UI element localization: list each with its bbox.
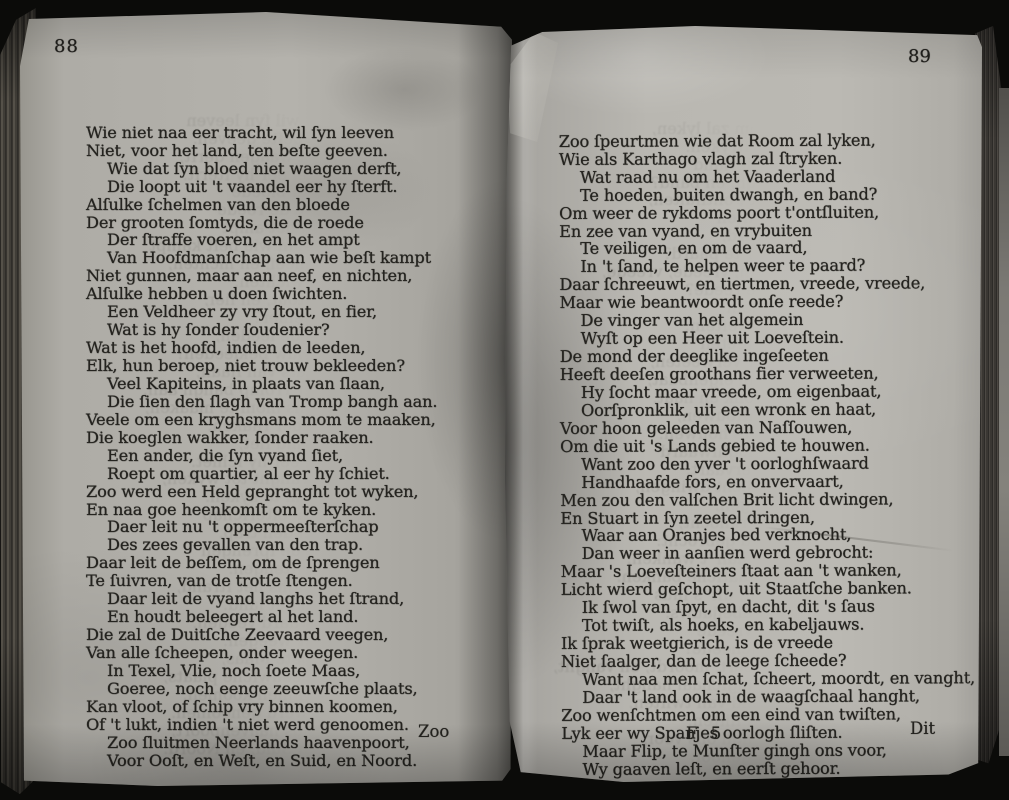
- poem-line: Dan weer in aanſien werd gebrocht:: [561, 543, 991, 563]
- poem-line: Veel Kapiteins, in plaats van ſlaan,: [86, 375, 516, 393]
- poem-line: Die ſien den ſlagh van Tromp bangh aan.: [86, 393, 516, 411]
- poem-line: Wy gaaven leſt, en eerſt gehoor.: [561, 759, 991, 779]
- poem-line: Die koeglen wakker, ſonder raaken.: [86, 429, 516, 447]
- poem-line: Daer leit nu 't oppermeeſterſchap: [86, 518, 516, 536]
- poem-line: Ik ſwol van ſpyt, en dacht, dit 's ſaus: [561, 597, 991, 617]
- poem-line: Wat is hy ſonder ſoudenier?: [86, 321, 516, 339]
- poem-line: Daar ſchreeuwt, en tiertmen, vreede, vre…: [559, 274, 989, 294]
- poem-line: Heeft deeſen groothans fier verweeten,: [560, 364, 990, 384]
- poem-line: Daar leit de vyand langhs het ſtrand,: [86, 590, 516, 608]
- poem-line: De mond der deeglike ingeſeeten: [560, 346, 990, 366]
- poem-line: Maar wie beantwoordt onſe reede?: [559, 292, 989, 312]
- poem-line: Een ander, die ſyn vyand ſiet,: [86, 447, 516, 465]
- poem-line: Zoo ſluitmen Neerlands haavenpoort,: [86, 734, 516, 752]
- poem-line: Hy ſocht maar vreede, om eigenbaat,: [560, 382, 990, 402]
- poem-line: Van alle ſcheepen, onder weegen.: [86, 644, 516, 662]
- left-page: 88 Wie niet naa eer tracht, wil ſyn leev…: [20, 12, 512, 786]
- poem-line: En houdt beleegert al het land.: [86, 608, 516, 626]
- poem-line: Die loopt uit 't vaandel eer hy ſterft.: [86, 178, 516, 196]
- poem-line: Roept om quartier, al eer hy ſchiet.: [86, 465, 516, 483]
- poem-line: En naa goe heenkomſt om te kyken.: [86, 501, 516, 519]
- right-page: 89 Zoo ſpeurtmen wie dat Room zal lyken,…: [504, 26, 982, 782]
- page-curl-highlight: [506, 32, 558, 142]
- poem-line: En Stuart in ſyn zeetel dringen,: [560, 508, 990, 528]
- poem-line: Alſulke hebben u doen ſwichten.: [86, 285, 516, 303]
- poem-line: Of 't lukt, indien 't niet werd genoomen…: [86, 716, 516, 734]
- poem-line: Niet gunnen, maar aan neef, en nichten,: [86, 267, 516, 285]
- poem-line: Des zees gevallen van den trap.: [86, 536, 516, 554]
- poem-line: Zoo ſpeurtmen wie dat Room zal lyken,: [559, 131, 989, 151]
- poem-line: Voor hoon geleeden van Naſſouwen,: [560, 418, 990, 438]
- catchword-left: Zoo: [418, 722, 449, 741]
- poem-line: Tot twiſt, als hoeks, en kabeljauws.: [561, 615, 991, 635]
- poem-line: Daar leit de beſſem, om de ſprengen: [86, 554, 516, 572]
- poem-line: Te ſuivren, van de trotſe ſtengen.: [86, 572, 516, 590]
- poem-line: Om weer de rykdoms poort t'ontſluiten,: [559, 203, 989, 223]
- page-number-right: 89: [908, 46, 931, 67]
- poem-line: De vinger van het algemein: [559, 310, 989, 330]
- poem-line: Waar aan Oranjes bed verknocht,: [560, 526, 990, 546]
- poem-line: Licht wierd geſchopt, uit Staatſche bank…: [561, 579, 991, 599]
- poem-line: Wyſt op een Heer uit Loeveſtein.: [560, 328, 990, 348]
- poem-line: Voor Ooſt, en Weſt, en Suid, en Noord.: [86, 752, 516, 770]
- poem-line: Daar 't land ook in de waagſchaal hanght…: [561, 687, 991, 707]
- poem-line: Van Hoofdmanſchap aan wie beſt kampt: [86, 249, 516, 267]
- catchword-right: Dit: [910, 719, 935, 738]
- poem-line: Kan vloot, of ſchip vry binnen koomen,: [86, 698, 516, 716]
- poem-line: Wie als Karthago vlagh zal ſtryken.: [559, 149, 989, 169]
- poem-line: Der ſtraffe voeren, en het ampt: [86, 231, 516, 249]
- poem-line: Zoo werd een Held gepranght tot wyken,: [86, 483, 516, 501]
- poem-line: Te veiligen, en om de vaard,: [559, 239, 989, 259]
- poem-left: Wie niet naa eer tracht, wil ſyn leevenN…: [86, 70, 516, 770]
- poem-line: Want zoo den yver 't oorloghſwaard: [560, 454, 990, 474]
- poem-line: Niet, voor het land, ten beſte geeven.: [86, 142, 516, 160]
- poem-line: Wat raad nu om het Vaaderland: [559, 167, 989, 187]
- poem-line: Te hoeden, buiten dwangh, en band?: [559, 185, 989, 205]
- poem-line: Handhaafde fors, en onvervaart,: [560, 472, 990, 492]
- poem-line: Oorſpronklik, uit een wronk en haat,: [560, 400, 990, 420]
- poem-line: Die zal de Duitſche Zeevaard veegen,: [86, 626, 516, 644]
- poem-line: Want naa men ſchat, ſcheert, moordt, en …: [561, 669, 991, 689]
- poem-line: Om die uit 's Lands gebied te houwen.: [560, 436, 990, 456]
- poem-line: Elk, hun beroep, niet trouw bekleeden?: [86, 357, 516, 375]
- poem-line: Een Veldheer zy vry ſtout, en fier,: [86, 303, 516, 321]
- poem-line: Wie niet naa eer tracht, wil ſyn leeven: [86, 124, 516, 142]
- poem-line: Der grooten ſomtyds, die de roede: [86, 214, 516, 232]
- poem-line: Men zou den valſchen Brit licht dwingen,: [560, 490, 990, 510]
- poem-line: Maar Flip, te Munſter gingh ons voor,: [561, 741, 991, 761]
- poem-right: Zoo ſpeurtmen wie dat Room zal lyken,Wie…: [558, 77, 991, 778]
- poem-line: Wat is het hoofd, indien de leeden,: [86, 339, 516, 357]
- outer-page-block-edge: [999, 88, 1009, 756]
- poem-line: Veele om een kryghsmans mom te maaken,: [86, 411, 516, 429]
- poem-line: En zee van vyand, en vrybuiten: [559, 221, 989, 241]
- poem-line: In Texel, Vlie, noch ſoete Maas,: [86, 662, 516, 680]
- signature-mark: F 5: [686, 724, 725, 743]
- poem-line: Ik ſprak weetgierich, is de vreede: [561, 633, 991, 653]
- poem-line: Wie dat ſyn bloed niet waagen derft,: [86, 160, 516, 178]
- page-number-left: 88: [54, 36, 79, 57]
- poem-line: Goeree, noch eenge zeeuwſche plaats,: [86, 680, 516, 698]
- poem-line: Maar 's Loeveſteiners ſtaat aan 't wanke…: [561, 561, 991, 581]
- poem-line: Alſulke ſchelmen van den bloede: [86, 196, 516, 214]
- book-photo: 88 Wie niet naa eer tracht, wil ſyn leev…: [0, 0, 1009, 800]
